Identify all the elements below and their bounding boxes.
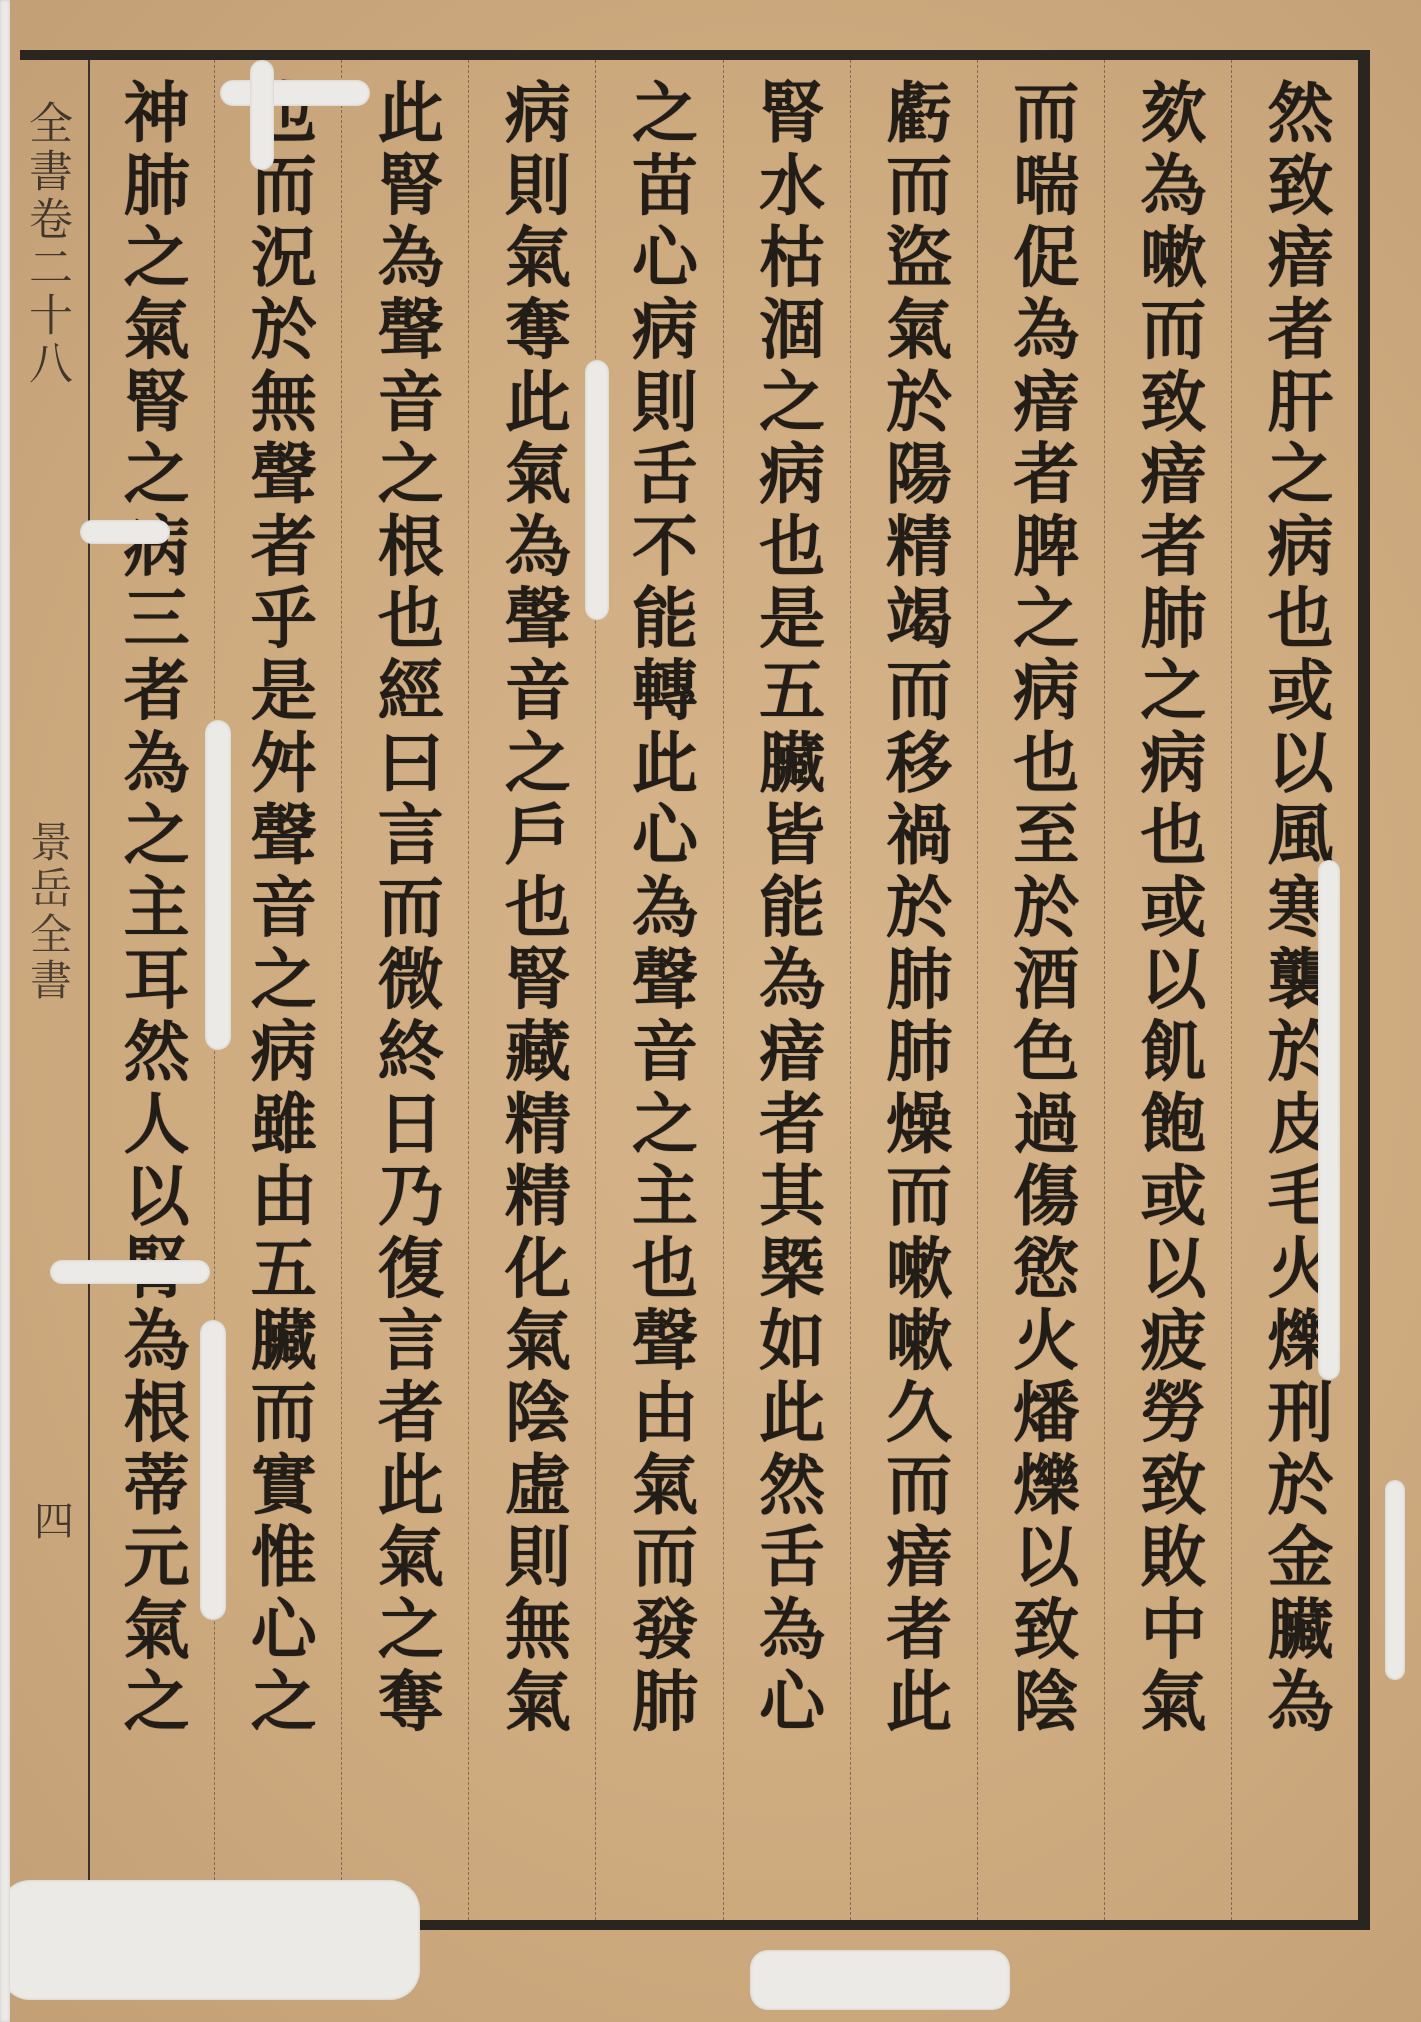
wormhole — [50, 1260, 210, 1284]
column-text: 虧而盜氣於陽精竭而移禍於肺肺燥而嗽嗽久而瘖者此 — [881, 78, 947, 1920]
column-text: 也而況於無聲者乎是舛聲音之病雖由五臟而實惟心之 — [245, 78, 311, 1920]
text-column: 也而況於無聲者乎是舛聲音之病雖由五臟而實惟心之 — [214, 60, 341, 1920]
column-text: 之苗心病則舌不能轉此心為聲音之主也聲由氣而發肺 — [626, 78, 692, 1920]
text-column: 神肺之氣腎之病三者為之主耳然人以腎為根蒂元氣之 — [88, 60, 214, 1920]
column-text: 腎水枯涸之病也是五臟皆能為瘖者其槩如此然舌為心 — [754, 78, 820, 1920]
text-column: 此腎為聲音之根也經曰言而微終日乃復言者此氣之奪 — [341, 60, 468, 1920]
document-page: 全書卷二十八 景岳全書 四 然致瘖者肝之病也或以風寒襲於皮毛火爍刑於金臟為 欬為… — [0, 0, 1421, 2022]
column-text: 此腎為聲音之根也經曰言而微終日乃復言者此氣之奪 — [372, 78, 438, 1920]
column-text: 病則氣奪此氣為聲音之戶也腎藏精精化氣陰虛則無氣 — [499, 78, 565, 1920]
margin-book-subtitle: 景岳全書 — [30, 820, 78, 1004]
wormhole — [1385, 1480, 1405, 1680]
wormhole — [1318, 860, 1340, 1380]
page-margin-banxin: 全書卷二十八 景岳全書 四 — [20, 60, 90, 1920]
column-text: 神肺之氣腎之病三者為之主耳然人以腎為根蒂元氣之 — [118, 78, 184, 1920]
wormhole — [750, 1950, 1010, 2010]
text-column: 虧而盜氣於陽精竭而移禍於肺肺燥而嗽嗽久而瘖者此 — [850, 60, 977, 1920]
margin-book-title: 全書卷二十八 — [30, 100, 78, 388]
paper-edge — [0, 0, 10, 2022]
text-columns: 然致瘖者肝之病也或以風寒襲於皮毛火爍刑於金臟為 欬為嗽而致瘖者肺之病也或以飢飽或… — [88, 60, 1358, 1920]
wormhole — [250, 60, 274, 170]
column-text: 而喘促為瘖者脾之病也至於酒色過傷慾火燔爍以致陰 — [1008, 78, 1074, 1920]
text-column: 病則氣奪此氣為聲音之戶也腎藏精精化氣陰虛則無氣 — [468, 60, 595, 1920]
wormhole — [0, 1880, 420, 2000]
wormhole — [200, 1320, 226, 1620]
text-column: 之苗心病則舌不能轉此心為聲音之主也聲由氣而發肺 — [595, 60, 722, 1920]
text-column: 而喘促為瘖者脾之病也至於酒色過傷慾火燔爍以致陰 — [977, 60, 1104, 1920]
wormhole — [585, 360, 609, 620]
column-text: 欬為嗽而致瘖者肺之病也或以飢飽或以疲勞致敗中氣 — [1135, 78, 1201, 1920]
wormhole — [205, 720, 231, 1050]
margin-page-number: 四 — [34, 1490, 74, 1547]
wormhole — [220, 80, 370, 106]
text-column: 腎水枯涸之病也是五臟皆能為瘖者其槩如此然舌為心 — [723, 60, 850, 1920]
wormhole — [80, 520, 170, 544]
text-column: 欬為嗽而致瘖者肺之病也或以飢飽或以疲勞致敗中氣 — [1104, 60, 1231, 1920]
